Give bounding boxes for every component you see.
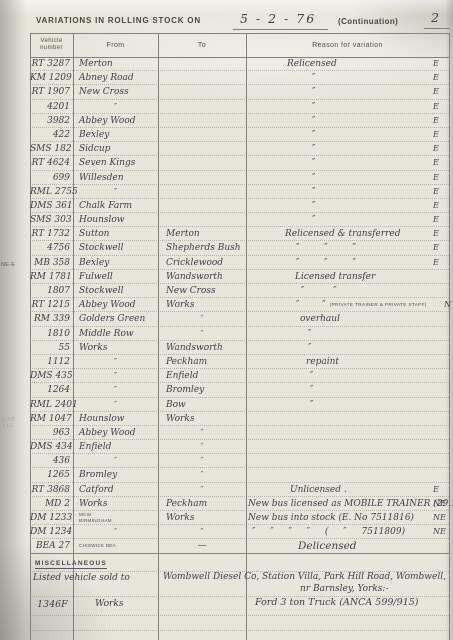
- vehicle-number-cell: SMS 303: [30, 213, 73, 226]
- table-row: 3982Abbey Wood″E: [30, 114, 449, 128]
- reason-text: ″: [308, 327, 311, 341]
- to-cell: ″: [158, 454, 246, 467]
- vehicle-number-cell: 1265: [30, 468, 73, 481]
- reason-cell: overhaul: [246, 312, 433, 325]
- to-cell: Works: [158, 298, 246, 311]
- table-row: 963Abbey Wood″: [30, 426, 449, 440]
- to-cell: Works: [158, 511, 246, 524]
- status-mark: [433, 383, 449, 396]
- to-cell: ″: [158, 312, 246, 325]
- table-row: KM 1209Abney Road″E: [30, 71, 449, 85]
- reason-text: ″: [312, 213, 315, 227]
- table-row: 1264″Bromley″: [30, 383, 449, 397]
- reason-text: ″: [312, 85, 315, 99]
- page-title: VARIATIONS IN ROLLING STOCK ON: [36, 16, 201, 25]
- status-mark: E: [433, 483, 449, 496]
- reason-text: Relicensed: [287, 57, 337, 71]
- reason-text: ″: [312, 128, 315, 142]
- table-row: DMS 435″Enfield″: [30, 369, 449, 383]
- status-mark: E: [433, 71, 449, 84]
- vehicle-number-cell: DMS 434: [30, 440, 73, 453]
- vehicle-number-cell: RT 3287: [30, 57, 73, 70]
- table-row: RML 2401″Bow″: [30, 398, 449, 412]
- vehicle-number-cell: RT 3868: [30, 483, 73, 496]
- date-underline: [233, 29, 328, 30]
- reason-cell: Licensed transfer: [246, 270, 433, 283]
- reason-text: ″: [310, 383, 313, 397]
- to-cell: [158, 199, 246, 212]
- table-row: RM 1781FulwellWandsworthLicensed transfe…: [30, 270, 449, 284]
- handwritten-date: 5 - 2 - 76: [240, 11, 316, 26]
- status-mark: E: [433, 142, 449, 155]
- table-row: SMS 303Hounslow″E: [30, 213, 449, 227]
- status-mark: [433, 312, 449, 325]
- vehicle-number-cell: RML 2401: [30, 398, 73, 411]
- to-cell: [158, 100, 246, 113]
- vehicle-number-cell: 1264: [30, 383, 73, 396]
- reason-cell: ″: [246, 171, 433, 184]
- reason-cell: ″: [246, 369, 433, 382]
- from-cell: CHISWICK BEA: [73, 539, 158, 552]
- table-rows: RT 3287MertonRelicensedEKM 1209Abney Roa…: [30, 57, 449, 554]
- reason-cell: [246, 426, 433, 439]
- status-mark: [433, 539, 449, 552]
- ruled-line: [30, 615, 449, 617]
- misc-note-left: Listed vehicle sold to: [33, 573, 130, 583]
- from-cell: Enfield: [73, 440, 158, 453]
- vehicle-number-cell: KM 1209: [30, 71, 73, 84]
- status-mark: [433, 468, 449, 481]
- reason-text: ″ ″ ″: [296, 241, 356, 255]
- from-cell: Willesden: [73, 171, 158, 184]
- status-mark: E: [433, 156, 449, 169]
- vehicle-number-cell: RM 339: [30, 312, 73, 325]
- left-margin-note: NE-E: [1, 258, 15, 272]
- vehicle-number-cell: SMS 182: [30, 142, 73, 155]
- page-number: 2: [431, 10, 439, 25]
- reason-cell: Unlicensed .: [246, 483, 433, 496]
- faint-pencil-note: E-NE 13-2: [1, 416, 16, 429]
- reason-cell: New bus licensed as MOBILE TRAINER (29.1…: [246, 497, 433, 510]
- reason-annotation: (PRIVATE TRAINER & PRIVATE STAFF): [330, 303, 427, 309]
- vehicle-number-cell: 1810: [30, 327, 73, 340]
- to-cell: Peckham: [158, 355, 246, 368]
- table-row: 1807StockwellNew Cross″ ″: [30, 284, 449, 298]
- table-row: RT 1215Abbey WoodWorks″ ″(PRIVATE TRAINE…: [30, 298, 449, 312]
- to-cell: Works: [158, 412, 246, 425]
- vehicle-number-cell: RM 1781: [30, 270, 73, 283]
- to-cell: ″: [158, 483, 246, 496]
- status-mark: E: [433, 199, 449, 212]
- from-cell: New Cross: [73, 85, 158, 98]
- status-mark: NE: [433, 497, 449, 510]
- vehicle-number-cell: 422: [30, 128, 73, 141]
- column-header-to: To: [158, 33, 246, 57]
- column-header-reason: Reason for variation: [246, 33, 449, 57]
- from-cell: Abbey Wood: [73, 298, 158, 311]
- ruled-line: [30, 571, 449, 573]
- misc-note-line2: nr Barnsley, Yorks:-: [300, 584, 389, 594]
- vehicle-number-cell: RT 1907: [30, 85, 73, 98]
- table-row: 4201″″E: [30, 100, 449, 114]
- table-row: RM 1047HounslowWorks: [30, 412, 449, 426]
- table-row: 1265Bromley″: [30, 468, 449, 482]
- column-header-from: From: [73, 33, 158, 57]
- from-cell: Chalk Farm: [73, 199, 158, 212]
- reason-text: ″ ″ ″: [296, 256, 356, 270]
- vehicle-number-cell: 699: [30, 171, 73, 184]
- from-cell: Middle Row: [73, 327, 158, 340]
- table-row: RML 2755″″E: [30, 185, 449, 199]
- to-cell: ″: [158, 525, 246, 538]
- reason-text: New bus licensed as MOBILE TRAINER (29.1…: [248, 497, 453, 511]
- status-mark: E: [433, 171, 449, 184]
- ruled-line: [30, 630, 449, 632]
- reason-cell: ″: [246, 71, 433, 84]
- reason-cell: [246, 454, 433, 467]
- status-mark: E: [433, 114, 449, 127]
- from-cell: Stockwell: [73, 284, 158, 297]
- status-mark: E: [433, 57, 449, 70]
- to-cell: ″: [158, 426, 246, 439]
- to-cell: [158, 213, 246, 226]
- reason-cell: ″: [246, 100, 433, 113]
- to-cell: [158, 171, 246, 184]
- status-mark: [433, 398, 449, 411]
- status-mark: [433, 412, 449, 425]
- reason-text: ″: [310, 398, 313, 412]
- to-cell: [158, 114, 246, 127]
- reason-cell: Relicensed: [246, 57, 433, 70]
- reason-text: ″: [312, 199, 315, 213]
- from-cell: ″: [73, 369, 158, 382]
- status-mark: [433, 369, 449, 382]
- reason-text: ″ ″ ″ ″ ( ″ 7511809): [252, 525, 405, 539]
- reason-cell: ″: [246, 341, 433, 354]
- table-row: RT 3287MertonRelicensedE: [30, 57, 449, 71]
- reason-cell: New bus into stock (E. No 7511816): [246, 511, 433, 524]
- from-cell: ″: [73, 355, 158, 368]
- reason-cell: ″ ″: [246, 284, 433, 297]
- reason-cell: ″: [246, 213, 433, 226]
- to-cell: [158, 57, 246, 70]
- reason-cell: [246, 468, 433, 481]
- to-cell: Peckham: [158, 497, 246, 510]
- reason-cell: ″: [246, 142, 433, 155]
- reason-text: repaint: [306, 355, 339, 369]
- to-cell: Wandsworth: [158, 270, 246, 283]
- status-mark: [433, 327, 449, 340]
- vehicle-number-cell: RT 1215: [30, 298, 73, 311]
- status-mark: E: [433, 185, 449, 198]
- reason-cell: [246, 440, 433, 453]
- from-cell: Golders Green: [73, 312, 158, 325]
- vehicle-number-cell: RT 1732: [30, 227, 73, 240]
- reason-cell: ″: [246, 398, 433, 411]
- vehicle-number-cell: RML 2755: [30, 185, 73, 198]
- ruled-line: [30, 596, 449, 598]
- table-row: 1810Middle Row″″: [30, 327, 449, 341]
- status-mark: [433, 284, 449, 297]
- vehicle-number-cell: DM 1233: [30, 511, 73, 524]
- status-mark: NE: [433, 525, 449, 538]
- reason-text: ″ ″: [296, 298, 326, 312]
- status-mark: E: [433, 227, 449, 240]
- from-cell: Merton: [73, 57, 158, 70]
- reason-cell: ″: [246, 114, 433, 127]
- reason-text: ″ ″: [301, 284, 337, 298]
- from-cell: Stockwell: [73, 241, 158, 254]
- table-row: 699Willesden″E: [30, 171, 449, 185]
- table-right-border: [449, 33, 450, 640]
- vehicle-number-cell: 1112: [30, 355, 73, 368]
- misc-reason: Ford 3 ton Truck (ANCA 599/915): [255, 597, 418, 608]
- status-mark: E: [433, 128, 449, 141]
- vehicle-number-cell: RM 1047: [30, 412, 73, 425]
- reason-cell: ″: [246, 85, 433, 98]
- from-cell: ″: [73, 185, 158, 198]
- to-cell: [158, 156, 246, 169]
- from-cell: Seven Kings: [73, 156, 158, 169]
- reason-cell: ″: [246, 156, 433, 169]
- table-row: 55WorksWandsworth″: [30, 341, 449, 355]
- from-cell: ″: [73, 383, 158, 396]
- from-cell: ″: [73, 398, 158, 411]
- table-row: DMS 361Chalk Farm″E: [30, 199, 449, 213]
- to-cell: Bromley: [158, 383, 246, 396]
- reason-text: ″: [310, 369, 313, 383]
- from-cell: Hounslow: [73, 213, 158, 226]
- to-cell: [158, 128, 246, 141]
- vehicle-number-cell: MB 358: [30, 256, 73, 269]
- to-cell: ″: [158, 468, 246, 481]
- reason-cell: repaint: [246, 355, 433, 368]
- reason-text: Licensed transfer: [295, 270, 375, 284]
- from-cell: Bexley: [73, 256, 158, 269]
- column-header-vehicle: Vehicle number: [30, 33, 73, 57]
- from-cell: ″: [73, 100, 158, 113]
- to-cell: New Cross: [158, 284, 246, 297]
- vehicle-number-cell: 436: [30, 454, 73, 467]
- table-row: RT 3868Catford″Unlicensed .E: [30, 483, 449, 497]
- table-row: DMS 434Enfield″: [30, 440, 449, 454]
- reason-text: ″: [312, 114, 315, 128]
- vehicle-number-cell: DMS 361: [30, 199, 73, 212]
- reason-cell: ″ ″ ″ ″ ( ″ 7511809): [246, 525, 433, 538]
- miscellaneous-heading: MISCELLANEOUS: [35, 560, 107, 569]
- status-mark: [433, 440, 449, 453]
- from-cell: MCW BIRMINGHAM: [73, 511, 158, 524]
- vehicle-number-cell: RT 4624: [30, 156, 73, 169]
- vehicle-number-cell: 963: [30, 426, 73, 439]
- from-cell: Fulwell: [73, 270, 158, 283]
- from-cell: Bromley: [73, 468, 158, 481]
- status-mark: [433, 355, 449, 368]
- table-row: RT 4624Seven Kings″E: [30, 156, 449, 170]
- reason-text: Unlicensed .: [290, 483, 347, 497]
- table-row: RM 339Golders Green″overhaul: [30, 312, 449, 326]
- to-cell: ″: [158, 327, 246, 340]
- reason-cell: Relicensed & transferred: [246, 227, 433, 240]
- to-cell: [158, 85, 246, 98]
- status-mark: E: [433, 241, 449, 254]
- table-row: 1112″Peckhamrepaint: [30, 355, 449, 369]
- status-mark: E: [433, 213, 449, 226]
- misc-vehicle-number: 1346F: [37, 599, 68, 610]
- status-mark: E: [433, 85, 449, 98]
- vehicle-number-cell: 3982: [30, 114, 73, 127]
- to-cell: —: [158, 539, 246, 552]
- reason-cell: ″ ″ ″: [246, 256, 433, 269]
- from-cell: Abbey Wood: [73, 426, 158, 439]
- continuation-label: (Continuation): [338, 17, 398, 26]
- table-row: RT 1907New Cross″E: [30, 85, 449, 99]
- reason-cell: ″: [246, 185, 433, 198]
- to-cell: ″: [158, 440, 246, 453]
- to-cell: Wandsworth: [158, 341, 246, 354]
- status-mark: E: [433, 100, 449, 113]
- vehicle-number-cell: 1807: [30, 284, 73, 297]
- vehicle-number-cell: 55: [30, 341, 73, 354]
- table-row: DM 1234″″″ ″ ″ ″ ( ″ 7511809)NE: [30, 525, 449, 539]
- vehicle-number-cell: BEA 27: [30, 539, 73, 552]
- to-cell: Shepherds Bush: [158, 241, 246, 254]
- from-cell: ″: [73, 454, 158, 467]
- from-cell: Sidcup: [73, 142, 158, 155]
- reason-cell: ″: [246, 199, 433, 212]
- from-cell: Sutton: [73, 227, 158, 240]
- reason-cell: Delicensed: [246, 539, 433, 552]
- to-cell: Merton: [158, 227, 246, 240]
- reason-text: ″: [312, 100, 315, 114]
- from-cell: ″: [73, 525, 158, 538]
- document-page: VARIATIONS IN ROLLING STOCK ON 5 - 2 - 7…: [0, 0, 453, 640]
- from-cell: Catford: [73, 483, 158, 496]
- reason-text: ″: [312, 171, 315, 185]
- table-row: 4756StockwellShepherds Bush″ ″ ″E: [30, 241, 449, 255]
- to-cell: [158, 71, 246, 84]
- misc-note-line1: Wombwell Diesel Co, Station Villa, Park …: [163, 572, 446, 582]
- to-cell: Bow: [158, 398, 246, 411]
- table-row: SMS 182Sidcup″E: [30, 142, 449, 156]
- status-mark: [433, 270, 449, 283]
- vehicle-number-cell: 4756: [30, 241, 73, 254]
- table-row: 422Bexley″E: [30, 128, 449, 142]
- to-cell: [158, 142, 246, 155]
- table-row: MB 358BexleyCricklewood″ ″ ″ENE-E: [30, 256, 449, 270]
- vehicle-number-cell: DMS 435: [30, 369, 73, 382]
- table-row: BEA 27CHISWICK BEA—Delicensed: [30, 539, 449, 553]
- reason-text: overhaul: [300, 312, 340, 326]
- status-mark: [433, 426, 449, 439]
- to-cell: [158, 185, 246, 198]
- reason-text: ″: [308, 341, 311, 355]
- status-mark: E: [433, 256, 449, 269]
- status-mark: [433, 341, 449, 354]
- status-mark: NE: [433, 511, 449, 524]
- from-cell: Bexley: [73, 128, 158, 141]
- reason-cell: ″: [246, 327, 433, 340]
- table-row: RT 1732SuttonMertonRelicensed & transfer…: [30, 227, 449, 241]
- reason-cell: [246, 412, 433, 425]
- from-cell: Abney Road: [73, 71, 158, 84]
- misc-from: Works: [95, 599, 123, 609]
- to-cell: Enfield: [158, 369, 246, 382]
- reason-text: ″: [312, 142, 315, 156]
- table-row: MD 2WorksPeckhamNew bus licensed as MOBI…: [30, 497, 449, 511]
- to-cell: Cricklewood: [158, 256, 246, 269]
- reason-text: Delicensed: [298, 539, 357, 553]
- vehicle-number-cell: DM 1234: [30, 525, 73, 538]
- reason-cell: ″: [246, 128, 433, 141]
- reason-cell: ″ ″(PRIVATE TRAINER & PRIVATE STAFF): [246, 298, 433, 311]
- from-cell: Abbey Wood: [73, 114, 158, 127]
- reason-cell: ″ ″ ″: [246, 241, 433, 254]
- reason-text: ″: [312, 71, 315, 85]
- reason-text: ″: [312, 156, 315, 170]
- status-mark: N: [444, 298, 453, 311]
- reason-text: ″: [312, 185, 315, 199]
- table-row: DM 1233MCW BIRMINGHAMWorksNew bus into s…: [30, 511, 449, 525]
- page-number-underline: [424, 28, 450, 29]
- from-cell: Hounslow: [73, 412, 158, 425]
- reason-text: Relicensed & transferred: [285, 227, 401, 241]
- vehicle-number-cell: 4201: [30, 100, 73, 113]
- from-cell: Works: [73, 341, 158, 354]
- table-row: 436″″: [30, 454, 449, 468]
- vehicle-number-cell: MD 2: [30, 497, 73, 510]
- status-mark: [433, 454, 449, 467]
- reason-cell: ″: [246, 383, 433, 396]
- reason-text: New bus into stock (E. No 7511816): [248, 511, 414, 525]
- from-cell: Works: [73, 497, 158, 510]
